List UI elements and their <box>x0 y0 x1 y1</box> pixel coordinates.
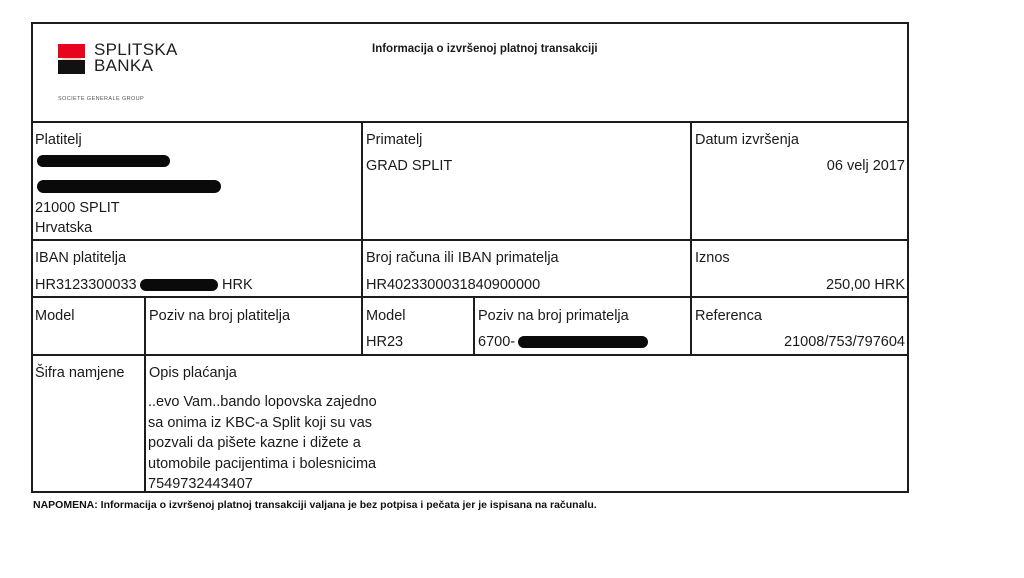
row-divider-3 <box>31 354 909 356</box>
description-line: sa onima iz KBC-a Split koji su vas <box>148 413 377 434</box>
recipient-model-label: Model <box>366 307 406 325</box>
description-line: 7549732443407 <box>148 474 377 495</box>
payer-reference-label: Poziv na broj platitelja <box>149 307 290 325</box>
row-divider-1 <box>31 239 909 241</box>
payer-iban-label: IBAN platitelja <box>35 249 126 267</box>
reference-label: Referenca <box>695 307 762 325</box>
description-line: utomobile pacijentima i bolesnicima <box>148 454 377 475</box>
col-divider-right <box>690 121 692 356</box>
payer-iban-currency: HRK <box>222 276 253 294</box>
payer-model-label: Model <box>35 307 75 325</box>
logo-mark-icon <box>58 44 85 74</box>
footer-note: NAPOMENA: Informacija o izvršenoj platno… <box>33 499 597 511</box>
bank-name: SPLITSKA BANKA <box>94 42 178 74</box>
recipient-label: Primatelj <box>366 131 422 149</box>
header-divider <box>31 121 909 123</box>
col-divider-model <box>144 296 146 493</box>
recipient-iban-value: HR4023300031840900000 <box>366 276 540 294</box>
payer-address-redacted <box>37 180 221 193</box>
document-title: Informacija o izvršenoj platnoj transakc… <box>372 43 598 55</box>
payer-iban-prefix: HR3123300033 <box>35 276 137 294</box>
reference-value: 21008/753/797604 <box>784 333 905 351</box>
recipient-reference-redacted <box>518 336 648 348</box>
purpose-code-label: Šifra namjene <box>35 364 124 382</box>
recipient-reference-prefix: 6700- <box>478 333 515 351</box>
col-divider-recipient-model <box>473 296 475 356</box>
description-text: ..evo Vam..bando lopovska zajedno sa oni… <box>148 392 377 495</box>
execution-date-value: 06 velj 2017 <box>827 157 905 175</box>
payer-country: Hrvatska <box>35 219 92 237</box>
recipient-reference-label: Poziv na broj primatelja <box>478 307 629 325</box>
amount-value: 250,00 HRK <box>826 276 905 294</box>
execution-date-label: Datum izvršenja <box>695 131 799 149</box>
recipient-name: GRAD SPLIT <box>366 157 452 175</box>
payer-name-redacted <box>37 155 170 167</box>
payer-city: 21000 SPLIT <box>35 199 120 217</box>
payer-label: Platitelj <box>35 131 82 149</box>
recipient-iban-label: Broj računa ili IBAN primatelja <box>366 249 559 267</box>
payer-iban-redacted <box>140 279 218 291</box>
bank-group: SOCIETE GENERALE GROUP <box>58 96 144 102</box>
description-line: pozvali da pišete kazne i dižete a <box>148 433 377 454</box>
col-divider-main <box>361 121 363 356</box>
recipient-model-value: HR23 <box>366 333 403 351</box>
amount-label: Iznos <box>695 249 730 267</box>
description-line: ..evo Vam..bando lopovska zajedno <box>148 392 377 413</box>
description-label: Opis plaćanja <box>149 364 237 382</box>
row-divider-2 <box>31 296 909 298</box>
